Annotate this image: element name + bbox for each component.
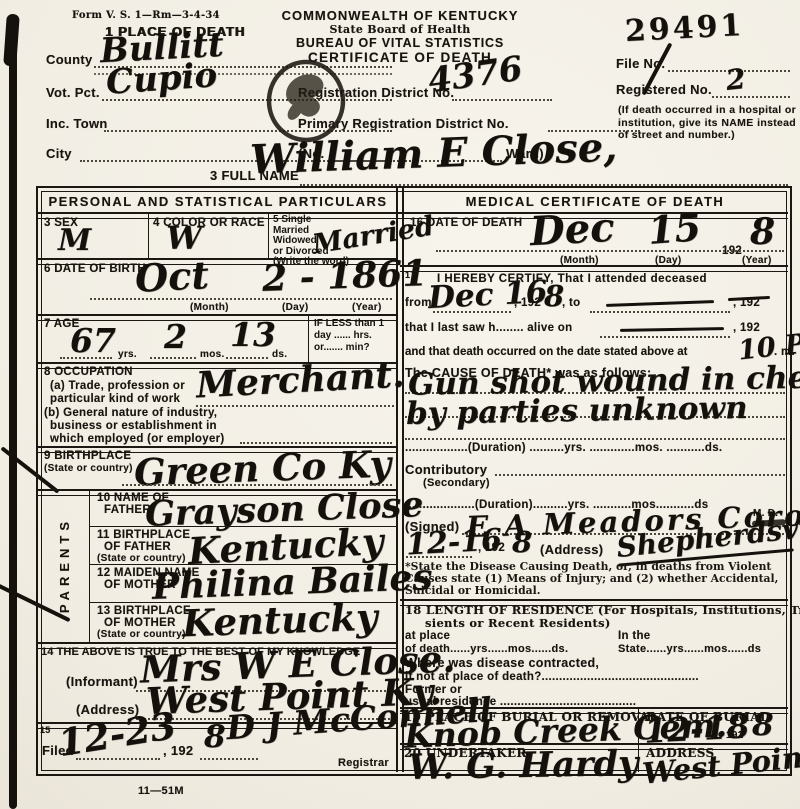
filed-year-line <box>200 758 258 760</box>
death-certificate-scan: Form V. S. 1—Rm—3-4-34 1 PLACE OF DEATH … <box>0 0 800 809</box>
scan-spine-artifact <box>9 20 17 809</box>
cell-divider <box>268 214 269 258</box>
age-line <box>60 357 112 359</box>
dob-month-caption: (Month) <box>190 302 229 313</box>
file-no-label: File No. <box>616 56 665 71</box>
contributory-label: Contributory <box>405 462 487 477</box>
cell-divider <box>308 314 309 362</box>
registration-district-value: 4376 <box>426 52 524 99</box>
hospital-note: (If death occurred in a hospital or inst… <box>618 104 796 142</box>
footnote-line: Suicidal or Homicidal. <box>405 585 778 597</box>
last-saw-line <box>600 336 730 338</box>
age-line <box>226 357 268 359</box>
mother-birthplace-label-l3: (State or country) <box>97 629 186 640</box>
age-note-line: IF LESS than 1 <box>314 318 384 330</box>
residence-label-l1: 18 LENGTH OF RESIDENCE (For Hospitals, I… <box>405 603 800 617</box>
registered-no-label: Registered No. <box>616 82 712 97</box>
age-yrs-caption: yrs. <box>118 349 137 360</box>
secondary-label: (Secondary) <box>423 477 490 489</box>
from-date-value: Dec 16 <box>427 277 548 314</box>
signed-address-label: (Address) <box>540 542 603 557</box>
state-board-line: State Board of Health <box>250 23 550 36</box>
county-label: County <box>46 52 93 67</box>
father-birthplace-label-l3: (State or country) <box>97 553 186 564</box>
age-note-line: day ...... hrs. <box>314 330 384 342</box>
occupation-a-line2: particular kind of work <box>50 393 180 405</box>
color-race-value: W <box>166 222 202 254</box>
in-the-label: In the <box>618 630 650 642</box>
mother-name-value: Philina Bailes <box>151 559 433 605</box>
registrar-label: Registrar <box>338 757 389 769</box>
full-name-value: William E Close, <box>249 128 617 181</box>
to-label: , to <box>562 297 580 309</box>
form-number: Form V. S. 1—Rm—3-4-34 <box>72 10 220 21</box>
dob-day-caption: (Day) <box>282 302 309 313</box>
occupation-label: 8 OCCUPATION <box>44 366 133 378</box>
age-note-line: or....... min? <box>314 342 384 354</box>
birthplace-sub-label: (State or country) <box>44 463 133 474</box>
cause-footnote: *State the Disease Causing Death, or, in… <box>405 561 778 597</box>
from-year-value: 8 <box>544 282 564 311</box>
state-duration-label: State......yrs......mos......ds <box>618 643 761 655</box>
sign-year-value: 8 <box>512 528 532 557</box>
dod-line <box>436 250 784 252</box>
age-days-value: 13 <box>230 318 276 351</box>
parents-label: PARENTS <box>57 517 72 613</box>
cause-duration-label: ..................(Duration) ..........y… <box>405 442 722 454</box>
registered-no-line <box>712 96 790 98</box>
city-label: City <box>46 146 72 161</box>
bureau-line: BUREAU OF VITAL STATISTICS <box>250 36 550 50</box>
father-birthplace-label-l2: OF FATHER <box>104 541 171 553</box>
scan-edge-blot <box>3 14 20 67</box>
filed-item-number: 15 <box>40 725 51 735</box>
personal-section-title: PERSONAL AND STATISTICAL PARTICULARS <box>40 194 396 209</box>
occupation-b-line2: business or establishment in <box>50 420 217 432</box>
age-years-value: 67 <box>70 324 116 357</box>
occurred-text: and that death occurred on the date stat… <box>405 346 687 358</box>
sex-value: M <box>58 226 91 256</box>
last-saw-text: that I last saw h........ alive on <box>405 322 572 334</box>
file-stamp-number: 29491 <box>624 11 745 47</box>
undertaker-value: W. G. Hardy <box>408 746 639 785</box>
informant-label: (Informant) <box>66 674 138 689</box>
residence-label-l2: sients or Recent Residents) <box>425 616 611 630</box>
dob-day-year-value: 2 - 1861 <box>261 255 427 297</box>
marital-line: 5 Single <box>273 215 349 226</box>
commonwealth-title: COMMONWEALTH OF KENTUCKY <box>250 8 550 23</box>
last-saw-192-label: , 192 <box>733 322 760 334</box>
dob-month-value: Oct <box>134 256 210 298</box>
birthplace-label: 9 BIRTHPLACE <box>44 450 131 462</box>
registration-district-line <box>452 99 552 101</box>
dod-year-value: 8 <box>750 214 775 250</box>
contributory-line <box>495 474 785 476</box>
father-birthplace-label-l1: 11 BIRTHPLACE <box>97 529 190 541</box>
age-months-value: 2 <box>164 320 187 353</box>
age-if-less-note: IF LESS than 1 day ...... hrs. or.......… <box>314 318 384 354</box>
registered-no-value: 2 <box>725 65 747 95</box>
to-line <box>590 311 730 313</box>
dod-day-value: 15 <box>647 208 702 250</box>
occupation-a-line1: (a) Trade, profession or <box>50 380 185 392</box>
inc-town-label: Inc. Town <box>46 116 108 131</box>
precinct-value: Cupio <box>105 58 218 100</box>
occupation-b-line3: which employed (or employer) <box>50 433 225 445</box>
filed-year-value: 8 <box>204 722 226 753</box>
precinct-label: Vot. Pct. <box>46 85 100 100</box>
age-line <box>150 357 196 359</box>
burial-year-value: 8 <box>752 710 774 741</box>
parents-cell-divider <box>89 489 90 642</box>
printer-code: 11—51M <box>138 785 184 797</box>
dod-month-value: Dec <box>529 208 615 252</box>
dob-line <box>90 298 392 300</box>
registrar-ink-stamp <box>264 58 348 144</box>
occupation-value: Merchant. <box>195 357 405 404</box>
occupation-line <box>196 405 394 407</box>
sign-date-value: 12-16 <box>405 526 502 561</box>
age-mos-caption: mos. <box>200 349 225 360</box>
certify-item-number: 17 <box>405 270 416 280</box>
cause-value-line2: by parties unknown <box>406 393 748 430</box>
age-ds-caption: ds. <box>272 349 287 360</box>
dob-year-caption: (Year) <box>352 302 382 313</box>
mother-birthplace-label-l2: OF MOTHER <box>104 617 176 629</box>
cause-line <box>405 438 785 440</box>
date-of-birth-label: 6 DATE OF BIRTH <box>44 263 146 275</box>
cell-divider <box>148 214 149 258</box>
parents-label-cell: PARENTS <box>40 489 88 642</box>
occupation-b-line1: (b) General nature of industry, <box>44 407 217 419</box>
burial-date-value: 12-18 <box>643 709 750 747</box>
row-rule <box>400 265 788 272</box>
